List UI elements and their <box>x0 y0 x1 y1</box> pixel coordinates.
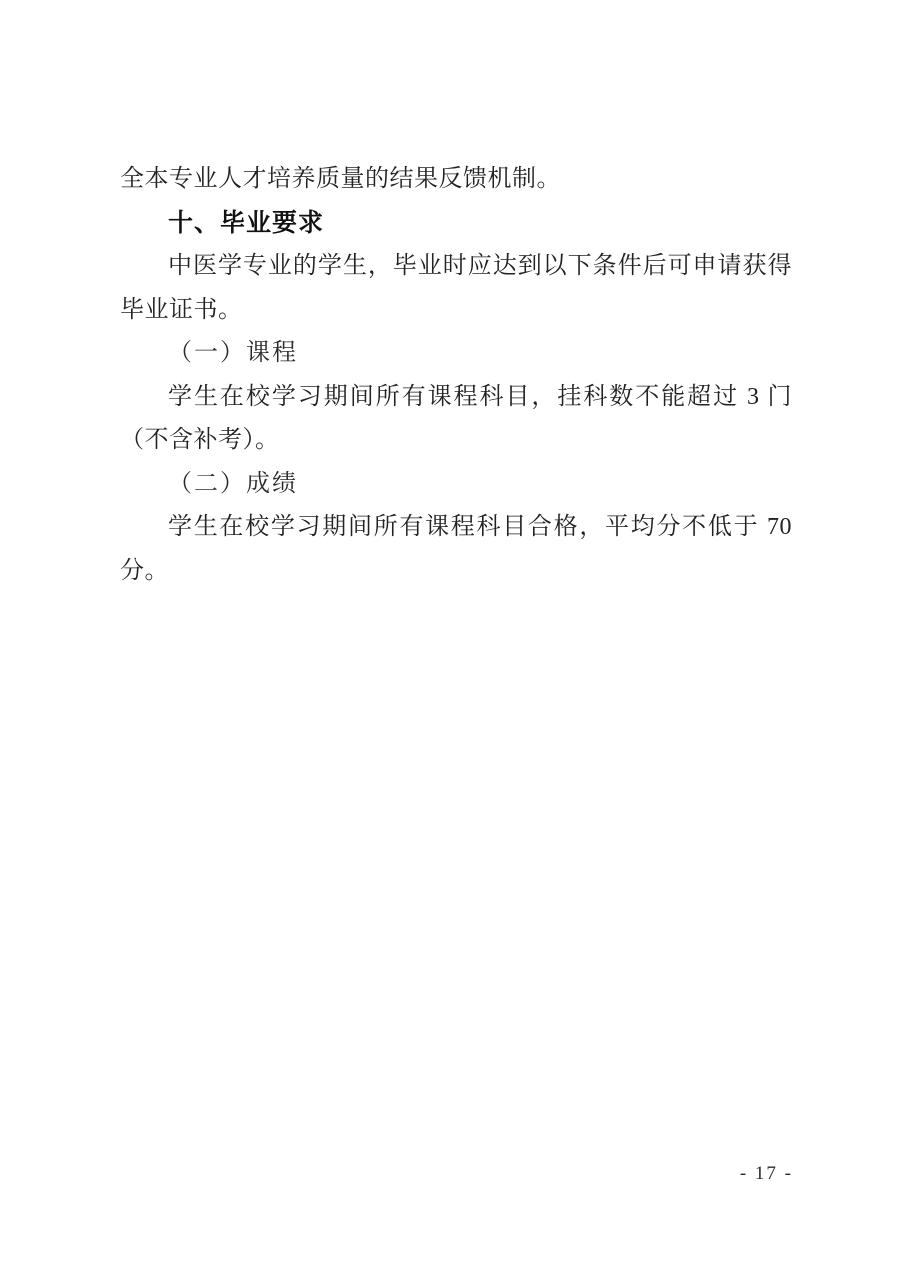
subheading-courses: （一）课程 <box>120 332 792 376</box>
paragraph-quality-feedback-continuation: 全本专业人才培养质量的结果反馈机制。 <box>120 158 792 202</box>
paragraph-courses-requirement: 学生在校学习期间所有课程科目，挂科数不能超过 3 门（不含补考）。 <box>120 376 792 463</box>
subheading-grades: （二）成绩 <box>120 463 792 507</box>
page-content: 全本专业人才培养质量的结果反馈机制。 十、毕业要求 中医学专业的学生，毕业时应达… <box>120 158 792 593</box>
heading-graduation-requirements: 十、毕业要求 <box>120 202 792 246</box>
paragraph-grades-requirement: 学生在校学习期间所有课程科目合格，平均分不低于 70 分。 <box>120 506 792 593</box>
page-footer: - 17 - <box>740 1162 793 1186</box>
document-page: 全本专业人才培养质量的结果反馈机制。 十、毕业要求 中医学专业的学生，毕业时应达… <box>0 0 904 1280</box>
page-number: - 17 - <box>740 1163 793 1184</box>
paragraph-graduation-intro: 中医学专业的学生，毕业时应达到以下条件后可申请获得毕业证书。 <box>120 245 792 332</box>
